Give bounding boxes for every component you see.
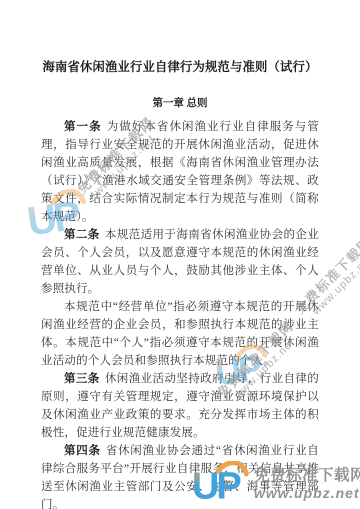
brand-site-url: www.upbz.net: [254, 485, 360, 501]
article-2-cont-text: 本规范中“经营单位”指必须遵守本规范的开展休闲渔业经营的企业会员，和参照执行本规…: [41, 301, 319, 367]
article-4-label: 第四条: [64, 445, 101, 457]
document-page: 海南省休闲渔业行业自律行为规范与准则（试行） 第一章 总则 第一条为做好本省休闲…: [0, 0, 360, 509]
paragraph-article-2-cont: 本规范中“经营单位”指必须遵守本规范的开展休闲渔业经营的企业会员，和参照执行本规…: [41, 298, 319, 370]
up-logo-icon: U P: [191, 461, 249, 505]
chapter-heading: 第一章 总则: [41, 97, 319, 111]
document-body: 海南省休闲渔业行业自律行为规范与准则（试行） 第一章 总则 第一条为做好本省休闲…: [41, 56, 319, 509]
article-1-label: 第一条: [64, 121, 102, 133]
paragraph-article-3: 第三条休闲渔业活动坚持政府引导，行业自律的原则，遵守有关管理规定，遵守渔业资源环…: [41, 370, 319, 442]
paragraph-article-2: 第二条本规范适用于海南省休闲渔业协会的企业会员、个人会员，以及愿意遵守本规范的休…: [41, 226, 319, 298]
upbz-brand-logo: U P 免费标准下载网 www.upbz.net: [191, 461, 360, 505]
svg-text:U: U: [192, 465, 219, 505]
article-paragraphs: 第一条为做好本省休闲渔业行业自律服务与管理，指导行业安全规范的开展休闲渔业活动，…: [41, 118, 319, 509]
brand-site-name: 免费标准下载网: [254, 466, 360, 485]
paragraph-article-1: 第一条为做好本省休闲渔业行业自律服务与管理，指导行业安全规范的开展休闲渔业活动，…: [41, 118, 319, 226]
article-3-label: 第三条: [64, 373, 100, 385]
article-2-label: 第二条: [64, 229, 100, 241]
brand-text: 免费标准下载网 www.upbz.net: [254, 466, 360, 501]
document-title: 海南省休闲渔业行业自律行为规范与准则（试行）: [29, 56, 331, 78]
article-1-text: 为做好本省休闲渔业行业自律服务与管理，指导行业安全规范的开展休闲渔业活动，促进休…: [41, 121, 319, 223]
